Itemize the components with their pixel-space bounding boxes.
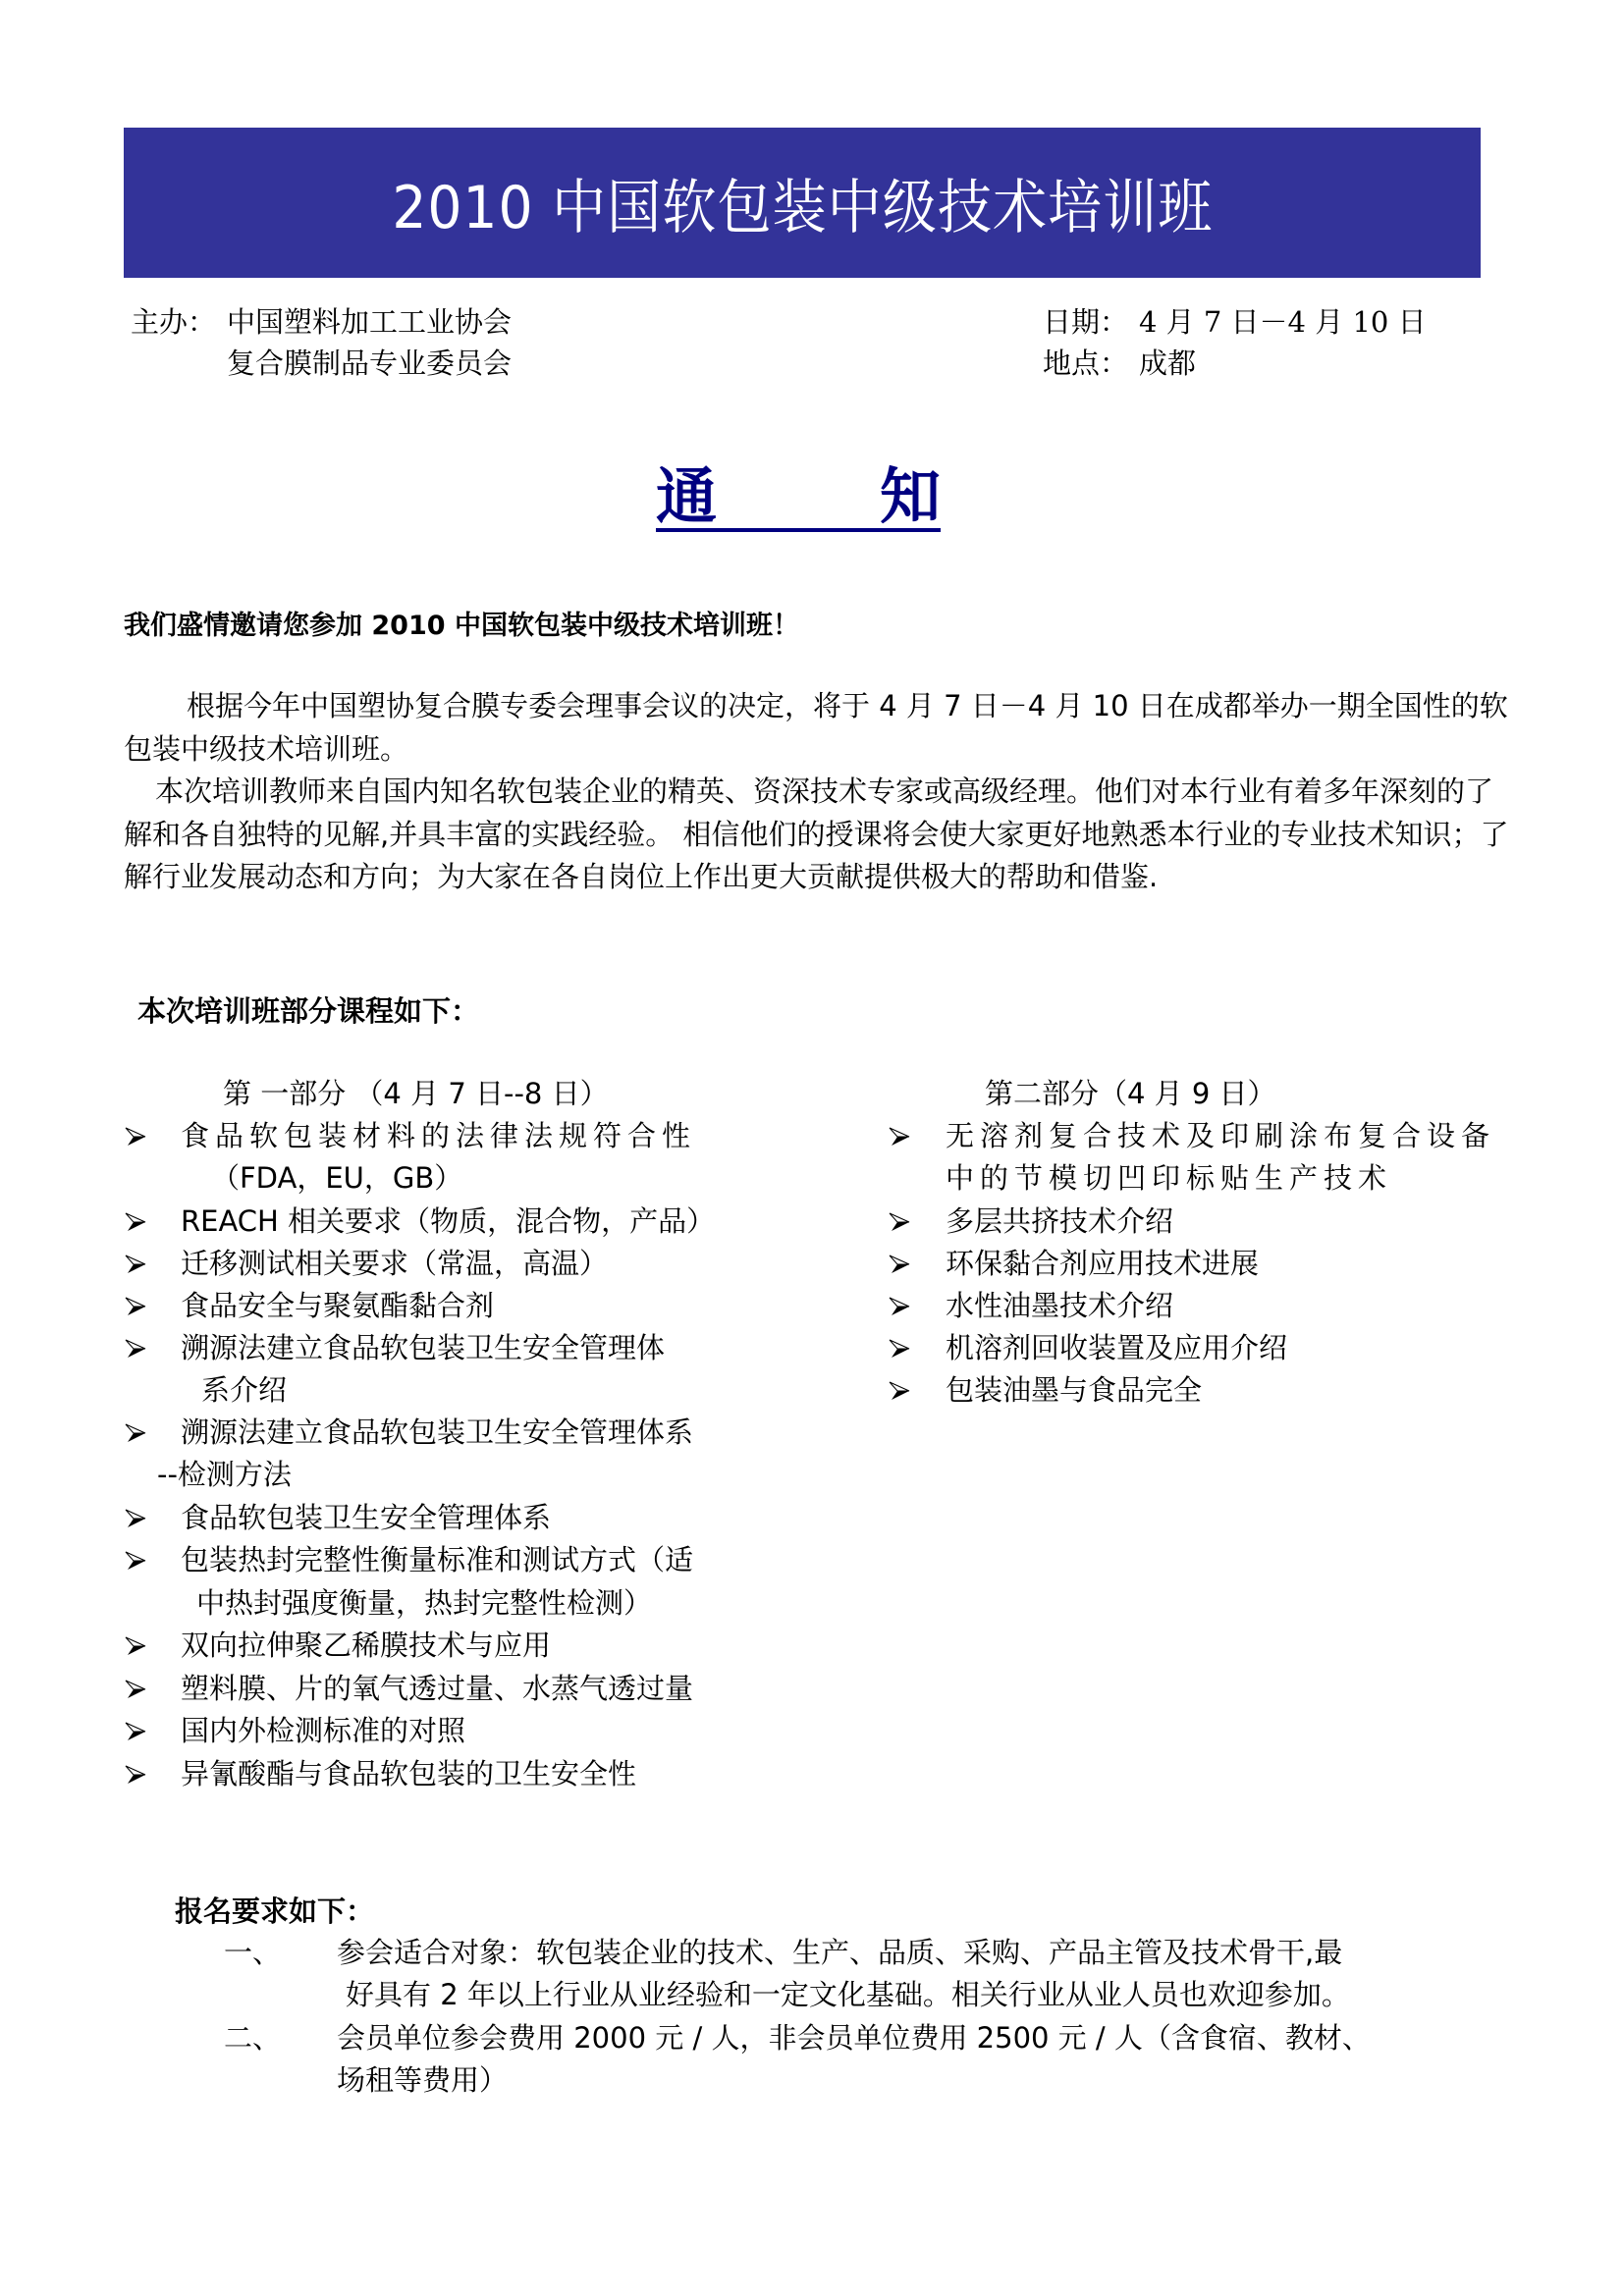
list-item-continuation: 中的节模切凹印标贴生产技术 xyxy=(946,1157,1392,1201)
notice-title-char-1: 通 xyxy=(656,448,717,535)
arrow-bullet-icon xyxy=(125,1255,146,1274)
list-item-continuation: （FDA，EU，GB） xyxy=(211,1157,462,1201)
location-label: 地点： xyxy=(1043,343,1128,384)
registration-item-line: 参会适合对象：软包装企业的技术、生产、品质、采购、产品主管及技术骨干,最 xyxy=(337,1932,1342,1974)
title-banner: 2010 中国软包装中级技术培训班 xyxy=(124,128,1481,278)
body-paragraph-1: 根据今年中国塑协复合膜专委会理事会议的决定，将于 4 月 7 日－4 月 10 … xyxy=(124,685,1518,771)
courses-section-title: 本次培训班部分课程如下： xyxy=(137,989,479,1030)
organizer-line-1: 中国塑料加工工业协会 xyxy=(227,301,512,343)
arrow-bullet-icon xyxy=(125,1765,146,1785)
arrow-bullet-icon xyxy=(125,1212,146,1232)
arrow-bullet-icon xyxy=(889,1297,910,1316)
registration-item-line: 场租等费用） xyxy=(337,2059,508,2102)
body-text: 根据今年中国塑协复合膜专委会理事会议的决定，将于 4 月 7 日－4 月 10 … xyxy=(124,685,1518,899)
notice-title-char-2: 知 xyxy=(880,448,941,535)
arrow-bullet-icon xyxy=(125,1551,146,1571)
arrow-bullet-icon xyxy=(125,1339,146,1359)
body-paragraph-2: 本次培训教师来自国内知名软包装企业的精英、资深技术专家或高级经理。他们对本行业有… xyxy=(124,771,1518,899)
notice-title: 通 知 xyxy=(656,454,941,532)
registration-item-line: 会员单位参会费用 2000 元 / 人，非会员单位费用 2500 元 / 人（含… xyxy=(337,2017,1371,2059)
organizer-line-2: 复合膜制品专业委员会 xyxy=(227,343,512,384)
part2-heading: 第二部分（4 月 9 日） xyxy=(985,1072,1276,1112)
list-item-continuation: 系介绍 xyxy=(201,1369,287,1413)
arrow-bullet-icon xyxy=(889,1381,910,1401)
invitation-line: 我们盛情邀请您参加 2010 中国软包装中级技术培训班！ xyxy=(124,604,799,642)
date-label: 日期： xyxy=(1043,301,1128,343)
arrow-bullet-icon xyxy=(889,1127,910,1147)
arrow-bullet-icon xyxy=(889,1339,910,1359)
part1-heading: 第 一部分 （4 月 7 日--8 日） xyxy=(223,1072,609,1112)
arrow-bullet-icon xyxy=(125,1423,146,1443)
arrow-bullet-icon xyxy=(125,1127,146,1147)
organizer-label: 主办： xyxy=(131,301,216,343)
arrow-bullet-icon xyxy=(889,1255,910,1274)
registration-title: 报名要求如下： xyxy=(175,1890,374,1930)
banner-title: 2010 中国软包装中级技术培训班 xyxy=(392,161,1213,245)
location-value: 成都 xyxy=(1139,343,1196,384)
arrow-bullet-icon xyxy=(125,1680,146,1699)
arrow-bullet-icon xyxy=(125,1636,146,1656)
list-item-continuation: --检测方法 xyxy=(157,1454,292,1497)
registration-item-number: 一、 xyxy=(224,1932,281,1974)
registration-item-line: 好具有 2 年以上行业从业经验和一定文化基础。相关行业从业人员也欢迎参加。 xyxy=(346,1974,1350,2016)
date-value: 4 月 7 日－4 月 10 日 xyxy=(1139,301,1427,343)
arrow-bullet-icon xyxy=(125,1509,146,1528)
arrow-bullet-icon xyxy=(889,1212,910,1232)
registration-item-number: 二、 xyxy=(224,2017,281,2059)
arrow-bullet-icon xyxy=(125,1297,146,1316)
arrow-bullet-icon xyxy=(125,1722,146,1741)
list-item-continuation: 中热封强度衡量，热封完整性检测） xyxy=(196,1582,652,1626)
